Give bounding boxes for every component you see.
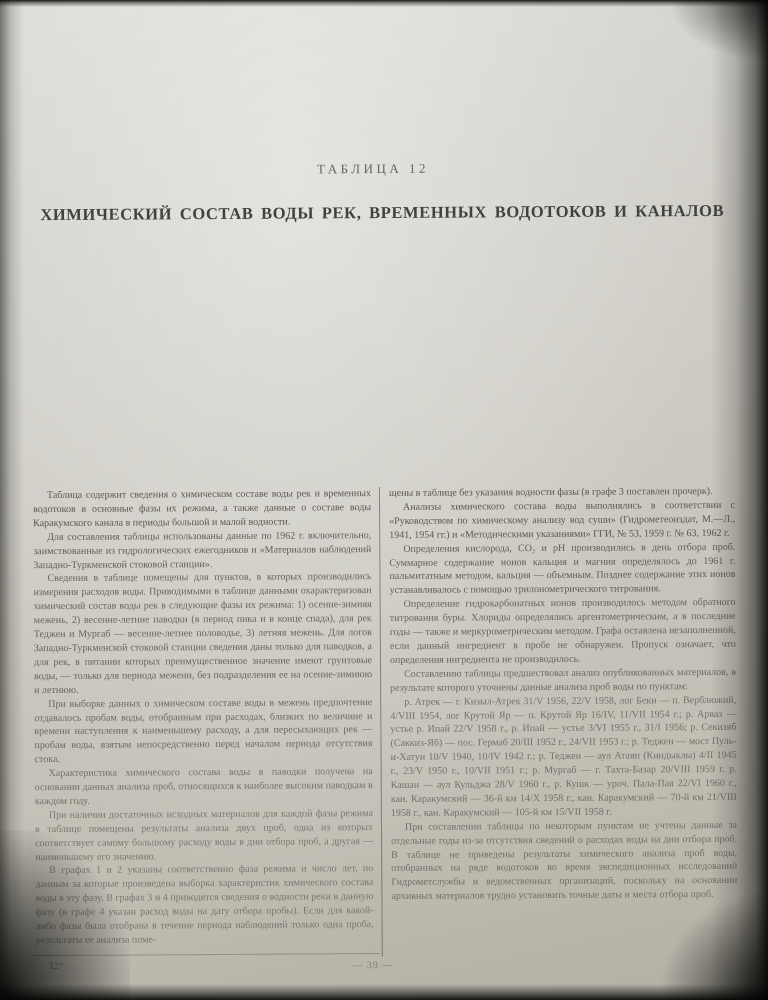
column-divider-rule (379, 487, 383, 957)
right-column: щены в таблице без указания водности фаз… (389, 485, 738, 961)
paragraph: Сведения в таблице помещены для пунктов,… (33, 571, 372, 698)
paragraph: Характеристика химического состава воды … (35, 765, 373, 809)
paragraph: При наличии достаточных исходных материа… (35, 807, 373, 865)
book-page-scan: ТАБЛИЦА 12 ХИМИЧЕСКИЙ СОСТАВ ВОДЫ РЕК, В… (0, 0, 768, 1000)
paragraph: Определения кислорода, CO₂ и pH производ… (389, 540, 735, 598)
paragraph: Для составления таблицы использованы дан… (33, 529, 371, 573)
two-column-text-block: Таблица содержит сведения о химическом с… (33, 485, 738, 963)
paragraph: р. Атрек — г. Кизыл-Атрек 31/V 1956, 22/… (390, 693, 737, 820)
paragraph: В графах 1 и 2 указаны соответственно фа… (35, 863, 374, 949)
paragraph: Анализы химического состава воды выполня… (389, 499, 735, 543)
paragraph: При составлении таблицы по некоторым пун… (391, 819, 738, 905)
paragraph: При выборке данных о химическом составе … (34, 696, 372, 768)
paragraph: Составлению таблицы предшествовал анализ… (390, 666, 736, 696)
paragraph: Таблица содержит сведения о химическом с… (33, 487, 371, 531)
left-column: Таблица содержит сведения о химическом с… (33, 487, 374, 963)
page-title: ХИМИЧЕСКИЙ СОСТАВ ВОДЫ РЕК, ВРЕМЕННЫХ ВО… (36, 201, 728, 225)
table-number-heading: ТАБЛИЦА 12 (0, 159, 748, 180)
page-content: ТАБЛИЦА 12 ХИМИЧЕСКИЙ СОСТАВ ВОДЫ РЕК, В… (0, 0, 768, 1000)
paragraph: Определение гидрокарбонатных ионов произ… (390, 596, 736, 668)
